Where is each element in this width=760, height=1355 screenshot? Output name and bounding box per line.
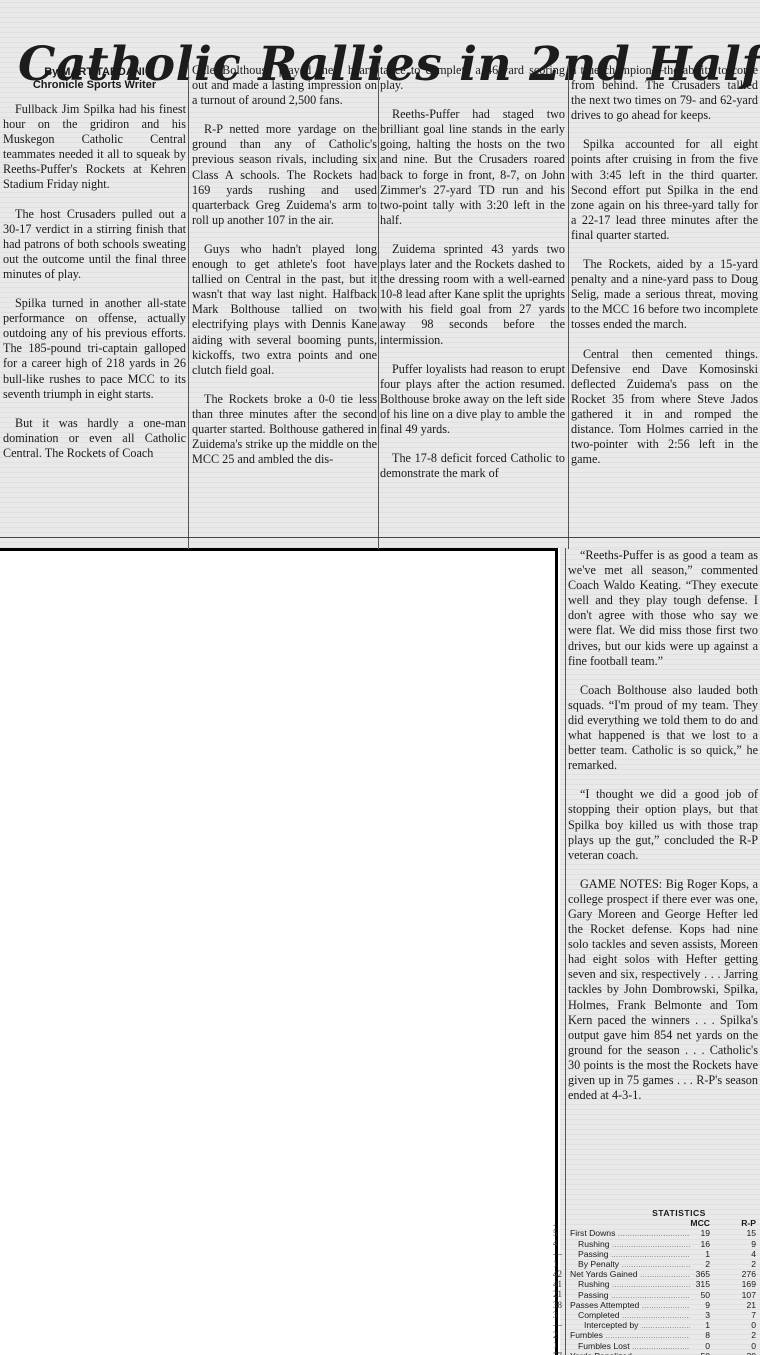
paragraph: Spilka turned in another all-state perfo…: [3, 296, 186, 402]
stat-value-rp: 2: [710, 1259, 756, 1269]
stat-value-rp: 276: [710, 1269, 756, 1279]
column-rule: [565, 548, 566, 1355]
paragraph: Coach Bolthouse also lauded both squads.…: [568, 683, 758, 774]
paragraph: Spilka accounted for all eight points af…: [571, 137, 758, 243]
paragraph: The 17-8 deficit forced Catholic to demo…: [380, 451, 565, 481]
paragraph: Fullback Jim Spilka had his finest hour …: [3, 102, 186, 193]
cut-out-blank-area: [0, 548, 558, 1355]
team-header-mcc: MCC: [690, 1218, 710, 1228]
stat-value-mcc: 3: [690, 1310, 710, 1320]
stat-value-mcc: 19: [690, 1228, 710, 1238]
stat-value-rp: 4: [710, 1249, 756, 1259]
stat-value-rp: 107: [710, 1290, 756, 1300]
stat-label: Net Yards Gained: [570, 1269, 690, 1279]
stat-value-rp: 21: [710, 1300, 756, 1310]
statistics-row: Fumbles Lost00: [570, 1341, 758, 1351]
paragraph: Zuidema sprinted 43 yards two plays late…: [380, 242, 565, 348]
stat-value-rp: 169: [710, 1279, 756, 1289]
stat-label: By Penalty: [570, 1259, 690, 1269]
paragraph: Central then cemented things. Defensive …: [571, 347, 758, 468]
stat-value-rp: 15: [710, 1228, 756, 1238]
paragraph: tance to complete a 46-yard scoring play…: [380, 63, 565, 93]
paragraph: Gale Bolthouse played their hearts out a…: [192, 63, 377, 108]
statistics-row: Net Yards Gained365276: [570, 1269, 758, 1279]
statistics-row: Rushing315169: [570, 1279, 758, 1289]
stat-value-mcc: 315: [690, 1279, 710, 1289]
article-column-2: Gale Bolthouse played their hearts out a…: [192, 63, 377, 467]
section-rule: [0, 537, 760, 538]
statistics-box: STATISTICS MCC R-P First Downs1915Rushin…: [570, 1208, 758, 1355]
article-column-1: By MART TARDANI Chronicle Sports Writer …: [3, 66, 186, 461]
stat-label: Intercepted by: [570, 1320, 690, 1330]
statistics-row: First Downs1915: [570, 1228, 758, 1238]
statistics-header: MCC R-P: [570, 1218, 758, 1228]
article-column-4: a true champion—the ability to come from…: [571, 63, 758, 467]
stat-value-rp: 9: [710, 1239, 756, 1249]
stat-label: Fumbles: [570, 1330, 690, 1340]
stat-label: Passing: [570, 1290, 690, 1300]
byline-author: By MART TARDANI: [3, 66, 186, 79]
stat-value-rp: 7: [710, 1310, 756, 1320]
statistics-row: Passing14: [570, 1249, 758, 1259]
byline: By MART TARDANI Chronicle Sports Writer: [3, 66, 186, 92]
stat-value-rp: 2: [710, 1330, 756, 1340]
paragraph: “I thought we did a good job of stopping…: [568, 787, 758, 862]
paragraph: GAME NOTES: Big Roger Kops, a college pr…: [568, 877, 758, 1103]
stat-label: Passing: [570, 1249, 690, 1259]
stat-value-rp: 30: [710, 1351, 756, 1355]
stat-label: Passes Attempted: [570, 1300, 690, 1310]
stat-label: Completed: [570, 1310, 690, 1320]
statistics-row: Passes Attempted921: [570, 1300, 758, 1310]
paragraph: Reeths-Puffer had staged two brilliant g…: [380, 107, 565, 228]
stat-label: First Downs: [570, 1228, 690, 1238]
paragraph: a true champion—the ability to come from…: [571, 63, 758, 123]
stat-value-rp: 0: [710, 1320, 756, 1330]
stat-value-mcc: 16: [690, 1239, 710, 1249]
statistics-title: STATISTICS: [600, 1208, 758, 1218]
column-rule: [568, 63, 569, 549]
statistics-row: Intercepted by10: [570, 1320, 758, 1330]
paragraph: Puffer loyalists had reason to erupt fou…: [380, 362, 565, 437]
stat-label: Fumbles Lost: [570, 1341, 690, 1351]
stat-value-mcc: 1: [690, 1320, 710, 1330]
team-header-rp: R-P: [710, 1218, 756, 1228]
stat-value-mcc: 50: [690, 1351, 710, 1355]
stat-value-mcc: 1: [690, 1249, 710, 1259]
paragraph: R-P netted more yardage on the ground th…: [192, 122, 377, 228]
stat-value-rp: 0: [710, 1341, 756, 1351]
statistics-row: Yards Penalized5030: [570, 1351, 758, 1355]
statistics-row: Completed37: [570, 1310, 758, 1320]
paragraph: The Rockets, aided by a 15-yard penalty …: [571, 257, 758, 332]
paragraph: But it was hardly a one-man domination o…: [3, 416, 186, 461]
statistics-row: By Penalty22: [570, 1259, 758, 1269]
paragraph: The Rockets broke a 0-0 tie less than th…: [192, 392, 377, 467]
paragraph: The host Crusaders pulled out a 30-17 ve…: [3, 207, 186, 282]
statistics-rows: First Downs1915Rushing169Passing14By Pen…: [570, 1228, 758, 1355]
adjacent-column-fragment: .54—1424121383—2177: [553, 1218, 562, 1355]
stat-value-mcc: 9: [690, 1300, 710, 1310]
stat-value-mcc: 0: [690, 1341, 710, 1351]
stat-label: Yards Penalized: [570, 1351, 690, 1355]
stat-value-mcc: 365: [690, 1269, 710, 1279]
column-rule: [188, 63, 189, 549]
stat-value-mcc: 2: [690, 1259, 710, 1269]
statistics-row: Fumbles82: [570, 1330, 758, 1340]
stat-label: Rushing: [570, 1279, 690, 1289]
byline-role: Chronicle Sports Writer: [3, 79, 186, 92]
stat-value-mcc: 8: [690, 1330, 710, 1340]
paragraph: Guys who hadn't played long enough to ge…: [192, 242, 377, 378]
paragraph: “Reeths-Puffer is as good a team as we'v…: [568, 548, 758, 669]
article-column-5: “Reeths-Puffer is as good a team as we'v…: [568, 548, 758, 1103]
statistics-row: Rushing169: [570, 1239, 758, 1249]
statistics-row: Passing50107: [570, 1290, 758, 1300]
column-rule: [378, 63, 379, 549]
stat-label: Rushing: [570, 1239, 690, 1249]
article-column-3: tance to complete a 46-yard scoring play…: [380, 63, 565, 481]
stat-value-mcc: 50: [690, 1290, 710, 1300]
